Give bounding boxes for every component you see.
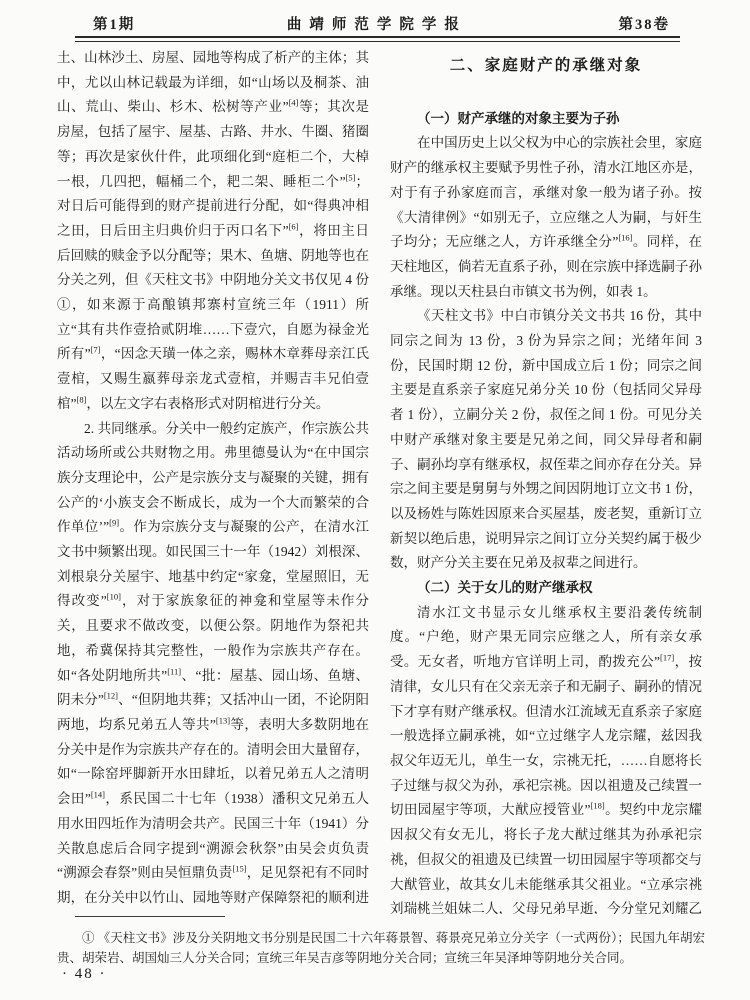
- paragraph-common-inheritance: 2. 共同继承。分关中一般约定族产，作宗族公共活动场所或公共财物之用。弗里德曼认…: [57, 417, 369, 914]
- footnote-separator: [75, 916, 225, 917]
- left-column: 土、山林沙土、房屋、园地等构成了析产的主体；其中，尤以山林记载最为详细，如“山场…: [57, 46, 369, 914]
- journal-header: 第1期 曲靖师范学院学报 第38卷: [75, 13, 680, 34]
- body-columns: 土、山林沙土、房屋、园地等构成了析产的主体；其中，尤以山林记载最为详细，如“山场…: [57, 46, 705, 914]
- volume-number: 第38卷: [619, 13, 671, 34]
- paragraph-succession-sons: 在中国历史上以父权为中心的宗族社会里，家庭财产的继承权主要赋予男性子孙，清水江地…: [390, 131, 702, 304]
- footnote-text: ① 《天柱文书》涉及分关阴地文书分别是民国二十六年蒋景智、蒋景亮兄弟立分关字（一…: [57, 929, 705, 968]
- page-number: · 48 ·: [62, 966, 107, 983]
- header-double-rule: [75, 36, 680, 42]
- subheading-sons-grandsons: （一）财产承继的对象主要为子孙: [390, 107, 702, 132]
- section-heading-succession-targets: 二、家庭财产的承继对象: [390, 54, 702, 79]
- journal-title: 曲靖师范学院学报: [287, 13, 467, 34]
- paragraph-daughters-inheritance: 清水江文书显示女儿继承权主要沿袭传统制度。“户绝，财产果无同宗应继之人，所有亲女…: [390, 601, 702, 914]
- right-column: 二、家庭财产的承继对象 （一）财产承继的对象主要为子孙 在中国历史上以父权为中心…: [390, 46, 702, 914]
- subheading-daughters-inheritance: （二）关于女儿的财产继承权: [390, 576, 702, 601]
- issue-number: 第1期: [93, 13, 135, 34]
- paragraph-tianzhu-documents: 《天柱文书》中白市镇分关文书共 16 份，其中同宗之间为 13 份，3 份为异宗…: [390, 304, 702, 576]
- paragraph-property-items: 土、山林沙土、房屋、园地等构成了析产的主体；其中，尤以山林记载最为详细，如“山场…: [57, 46, 369, 417]
